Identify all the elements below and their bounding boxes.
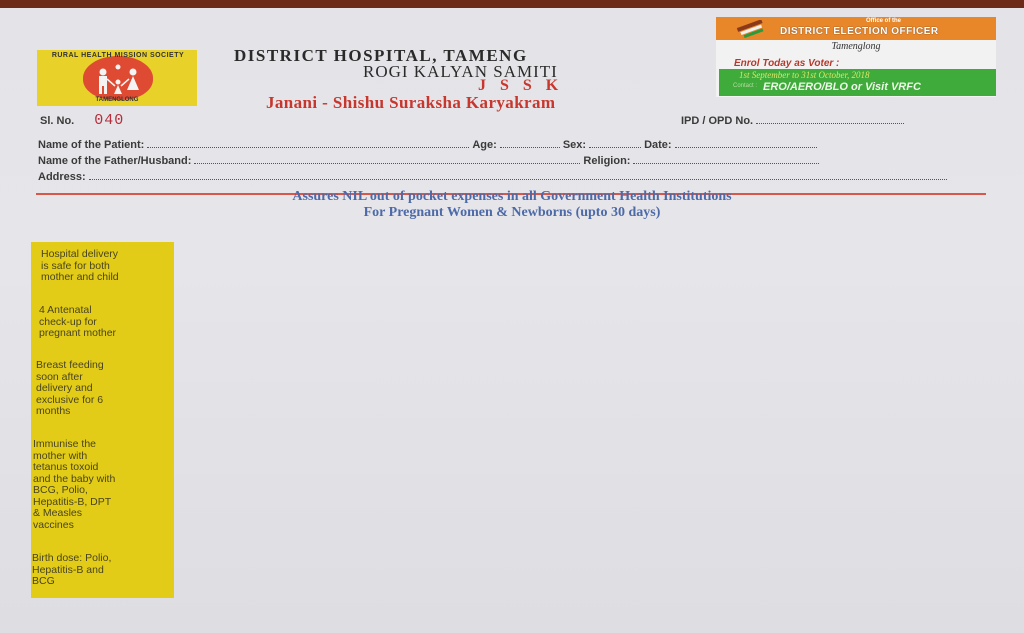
religion-label: Religion: — [583, 155, 630, 167]
tip-hospital-delivery: Hospital delivery is safe for both mothe… — [41, 249, 176, 284]
election-notice-footer: 1st September to 31st October, 2018 Cont… — [719, 69, 996, 96]
ipd-opd-row: IPD / OPD No. — [681, 115, 907, 127]
age-label: Age: — [472, 139, 496, 151]
contact-label: Contact : — [733, 83, 757, 89]
rural-health-mission-logo: RURAL HEALTH MISSION SOCIETY TAMENGLONG — [37, 50, 197, 106]
father-row: Name of the Father/Husband:Religion: — [38, 155, 822, 167]
family-icon — [93, 64, 143, 98]
date-label: Date: — [644, 139, 672, 151]
tip-immunisation: Immunise the mother with tetanus toxoid … — [33, 439, 168, 531]
office-of-label: Office of the — [866, 18, 901, 24]
election-officer-title: DISTRICT ELECTION OFFICER — [780, 26, 939, 37]
tip-antenatal-checkup: 4 Antenatal check-up for pregnant mother — [39, 305, 174, 340]
election-place: Tamenglong — [716, 41, 996, 52]
health-tips-sidebar: Hospital delivery is safe for both mothe… — [31, 242, 174, 598]
assurance-line-2: For Pregnant Women & Newborns (upto 30 d… — [0, 205, 1024, 221]
patient-row: Name of the Patient:Age:Sex:Date: — [38, 139, 820, 151]
age-field[interactable] — [500, 139, 560, 148]
address-label: Address: — [38, 171, 86, 183]
religion-field[interactable] — [633, 155, 819, 164]
election-notice-sticker: Office of the DISTRICT ELECTION OFFICER … — [716, 17, 996, 97]
scheme-full-name: Janani - Shishu Suraksha Karyakram — [266, 93, 555, 113]
patient-name-label: Name of the Patient: — [38, 139, 144, 151]
ipd-opd-label: IPD / OPD No. — [681, 115, 753, 127]
contact-text: ERO/AERO/BLO or Visit VRFC — [763, 81, 921, 93]
address-field[interactable] — [89, 171, 947, 180]
sex-label: Sex: — [563, 139, 586, 151]
jssk-form-sheet: RURAL HEALTH MISSION SOCIETY TAMENGLONG … — [0, 8, 1024, 633]
date-field[interactable] — [675, 139, 817, 148]
enrol-text: Enrol Today as Voter : — [734, 58, 839, 69]
tip-birth-dose: Birth dose: Polio, Hepatitis-B and BCG — [32, 553, 167, 588]
ipd-opd-field[interactable] — [756, 115, 904, 124]
sex-field[interactable] — [589, 139, 641, 148]
evm-icon — [734, 20, 770, 38]
serial-number-value: 040 — [94, 112, 124, 129]
assurance-line-1: Assures NIL out of pocket expenses in al… — [0, 189, 1024, 205]
tip-breast-feeding: Breast feeding soon after delivery and e… — [36, 360, 171, 418]
father-husband-label: Name of the Father/Husband: — [38, 155, 191, 167]
election-notice-header: Office of the DISTRICT ELECTION OFFICER — [716, 17, 996, 40]
enrol-dates: 1st September to 31st October, 2018 — [739, 70, 870, 80]
address-row: Address: — [38, 171, 950, 183]
logo-place: TAMENGLONG — [37, 97, 197, 103]
father-husband-field[interactable] — [194, 155, 580, 164]
logo-arc-text: RURAL HEALTH MISSION SOCIETY — [45, 52, 191, 59]
serial-number-label: Sl. No. — [40, 115, 74, 127]
serial-number-row: Sl. No.040 — [40, 112, 124, 129]
patient-name-field[interactable] — [147, 139, 469, 148]
